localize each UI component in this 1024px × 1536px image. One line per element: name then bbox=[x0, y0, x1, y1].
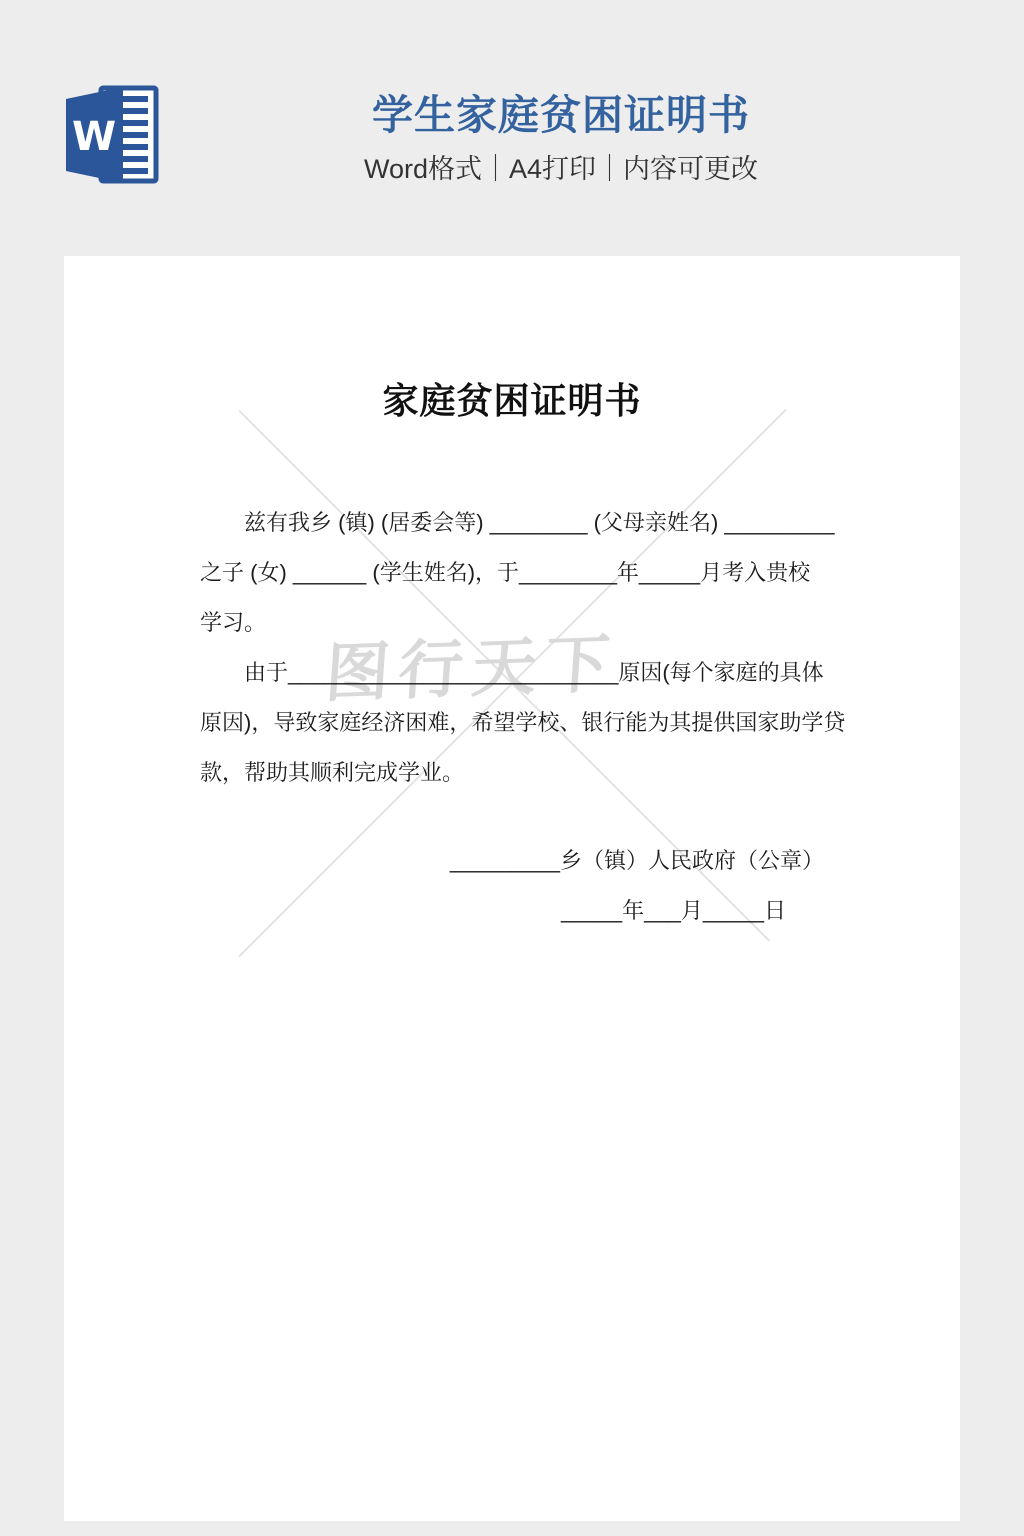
document-body: 兹有我乡 (镇) (居委会等) ________ (父母亲姓名) _______… bbox=[64, 498, 960, 798]
template-subtitle: Word格式｜A4打印｜内容可更改 bbox=[364, 154, 758, 184]
header: W 学生家庭贫困证明书 Word格式｜A4打印｜内容可更改 bbox=[0, 0, 1024, 256]
template-preview-screenshot: { "header": { "title": "学生家庭贫困证明书", "sub… bbox=[0, 0, 1024, 1536]
signature-date-line: _____年___月_____日 bbox=[64, 886, 786, 936]
paragraph-line: 之子 (女) ______ (学生姓名)，于________年_____月考入贵… bbox=[200, 548, 830, 598]
document-title: 家庭贫困证明书 bbox=[64, 256, 960, 422]
document-page: 图行天下 家庭贫困证明书 兹有我乡 (镇) (居委会等) ________ (父… bbox=[64, 256, 960, 1521]
paragraph-line: 原因)，导致家庭经济困难，希望学校、银行能为其提供国家助学贷 bbox=[200, 698, 830, 748]
paragraph-2: 由于___________________________原因(每个家庭的具体 … bbox=[200, 648, 830, 798]
header-text-block: 学生家庭贫困证明书 Word格式｜A4打印｜内容可更改 bbox=[364, 90, 758, 184]
word-icon-letter: W bbox=[72, 114, 116, 160]
paragraph-1: 兹有我乡 (镇) (居委会等) ________ (父母亲姓名) _______… bbox=[200, 498, 830, 648]
paragraph-line: 款，帮助其顺利完成学业。 bbox=[200, 748, 830, 798]
signature-authority-line: _________乡（镇）人民政府（公章） bbox=[64, 836, 824, 886]
paragraph-line: 兹有我乡 (镇) (居委会等) ________ (父母亲姓名) _______… bbox=[200, 498, 830, 548]
paragraph-line: 学习。 bbox=[200, 598, 830, 648]
template-title: 学生家庭贫困证明书 bbox=[364, 90, 758, 140]
paragraph-line: 由于___________________________原因(每个家庭的具体 bbox=[200, 648, 830, 698]
word-icon-graphic: W bbox=[63, 84, 160, 186]
word-icon: W bbox=[63, 84, 160, 186]
signature-block: _________乡（镇）人民政府（公章） _____年___月_____日 bbox=[64, 836, 960, 936]
